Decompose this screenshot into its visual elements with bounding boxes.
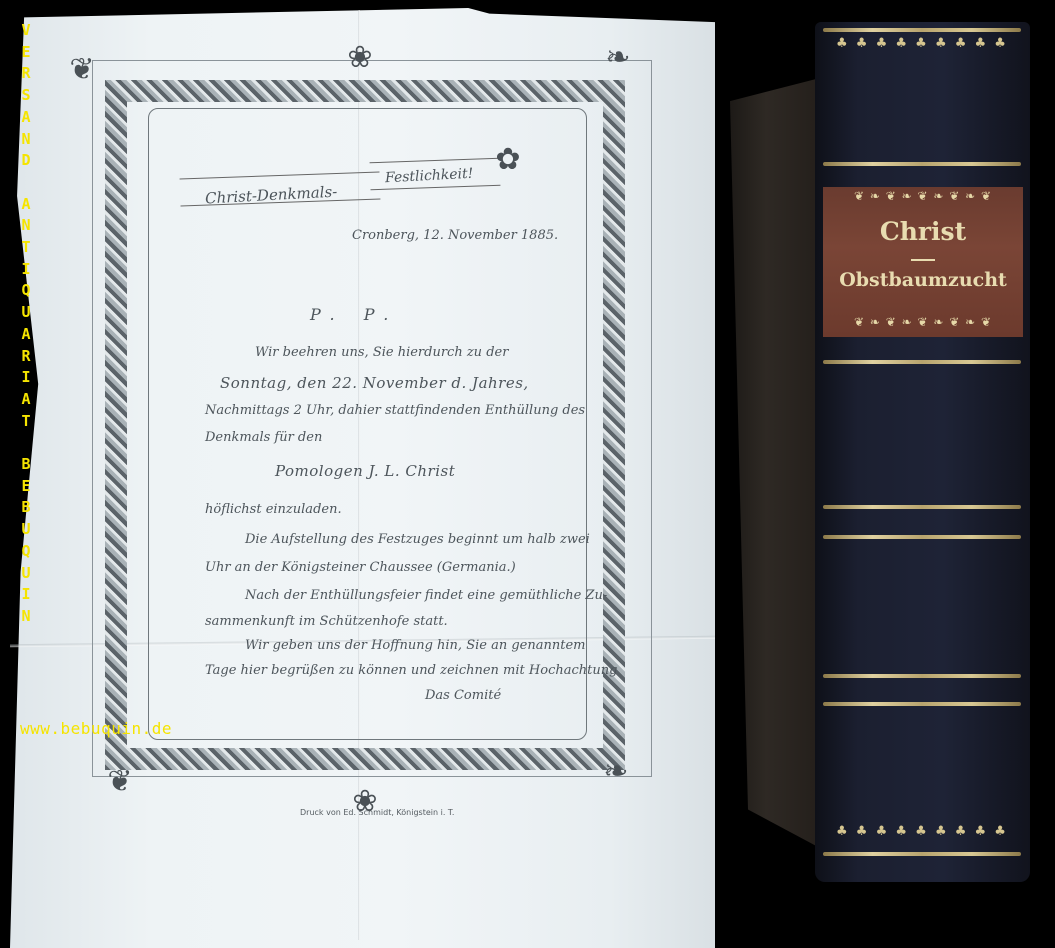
watermark-letter: U <box>18 563 34 585</box>
place-date: Cronberg, 12. November 1885. <box>352 228 558 243</box>
watermark-letter: I <box>18 584 34 606</box>
book-board-edge <box>730 78 820 848</box>
corner-flourish-icon: ❧ <box>598 38 638 78</box>
watermark-letter: A <box>18 107 34 129</box>
gold-crown-ornament-icon: ♣ ♣ ♣ ♣ ♣ ♣ ♣ ♣ ♣ <box>823 36 1021 58</box>
book-spine: ♣ ♣ ♣ ♣ ♣ ♣ ♣ ♣ ♣ ❦ ❧ ❦ ❧ ❦ ❧ ❦ ❧ ❦ Chri… <box>815 22 1030 882</box>
salutation: P. P. <box>310 305 400 324</box>
watermark-url: www.bebuquin.de <box>20 719 172 738</box>
watermark-letter: B <box>18 454 34 476</box>
watermark-gap <box>18 432 34 454</box>
watermark-letter: T <box>18 411 34 433</box>
watermark-letter: A <box>18 324 34 346</box>
gold-band <box>823 674 1021 678</box>
corner-flourish-icon: ❦ <box>62 50 102 90</box>
watermark-letter: U <box>18 519 34 541</box>
letter-line: Wir geben uns der Hoffnung hin, Sie an g… <box>245 638 585 653</box>
spine-title-label: ❦ ❧ ❦ ❧ ❦ ❧ ❦ ❧ ❦ Christ Obstbaumzucht ❦… <box>823 187 1023 337</box>
watermark-letter: E <box>18 476 34 498</box>
watermark-letter: T <box>18 237 34 259</box>
watermark-letter: V <box>18 20 34 42</box>
top-flourish-icon: ❀ <box>340 38 380 78</box>
letter-line: Denkmals für den <box>205 430 322 445</box>
label-scroll-ornament-icon: ❦ ❧ ❦ ❧ ❦ ❧ ❦ ❧ ❦ <box>823 315 1023 333</box>
gold-band <box>823 702 1021 706</box>
watermark-vertical: V E R S A N D A N T I Q U A R I A T B E … <box>18 20 34 628</box>
gold-band <box>823 28 1021 32</box>
book-title: Christ <box>823 217 1023 246</box>
gold-band <box>823 852 1021 856</box>
watermark-letter: A <box>18 194 34 216</box>
letter-line: Die Aufstellung des Festzuges beginnt um… <box>245 532 590 547</box>
letter-line: Sonntag, den 22. November d. Jahres, <box>220 374 529 392</box>
letter-line: sammenkunft im Schützenhofe statt. <box>205 614 448 629</box>
watermark-letter: Q <box>18 280 34 302</box>
watermark-letter: I <box>18 367 34 389</box>
corner-flourish-icon: ❦ <box>100 762 140 802</box>
letter-line: Nachmittags 2 Uhr, dahier stattfindenden… <box>205 403 585 418</box>
letter-line: Tage hier begrüßen zu können und zeichne… <box>205 663 617 678</box>
watermark-letter: U <box>18 302 34 324</box>
letter-line: Uhr an der Königsteiner Chaussee (German… <box>205 560 516 575</box>
watermark-letter: A <box>18 389 34 411</box>
watermark-letter: S <box>18 85 34 107</box>
watermark-letter: E <box>18 42 34 64</box>
book-subtitle: Obstbaumzucht <box>823 269 1023 291</box>
watermark-letter: Q <box>18 541 34 563</box>
watermark-letter: N <box>18 129 34 151</box>
gold-band <box>823 360 1021 364</box>
gold-band <box>823 162 1021 166</box>
watermark-gap <box>18 172 34 194</box>
corner-flourish-icon: ❧ <box>596 752 636 792</box>
signature: Das Comité <box>425 688 501 703</box>
watermark-letter: R <box>18 346 34 368</box>
gold-band <box>823 505 1021 509</box>
label-scroll-ornament-icon: ❦ ❧ ❦ ❧ ❦ ❧ ❦ ❧ ❦ <box>823 189 1023 207</box>
gold-crown-ornament-icon: ♣ ♣ ♣ ♣ ♣ ♣ ♣ ♣ ♣ <box>823 824 1021 846</box>
gold-band <box>823 535 1021 539</box>
printer-imprint: Druck von Ed. Schmidt, Königstein i. T. <box>300 808 454 817</box>
letter-line: höflichst einzuladen. <box>205 502 342 517</box>
watermark-letter: N <box>18 215 34 237</box>
ribbon-bow-icon: ✿ <box>488 140 528 180</box>
title-divider <box>911 259 935 261</box>
letter-line: Nach der Enthüllungsfeier findet eine ge… <box>245 588 607 603</box>
watermark-letter: B <box>18 497 34 519</box>
watermark-letter: I <box>18 259 34 281</box>
watermark-letter: R <box>18 63 34 85</box>
letter-line: Wir beehren uns, Sie hierdurch zu der <box>255 345 508 360</box>
watermark-letter: D <box>18 150 34 172</box>
letter-line-honoree: Pomologen J. L. Christ <box>275 462 455 480</box>
watermark-letter: N <box>18 606 34 628</box>
